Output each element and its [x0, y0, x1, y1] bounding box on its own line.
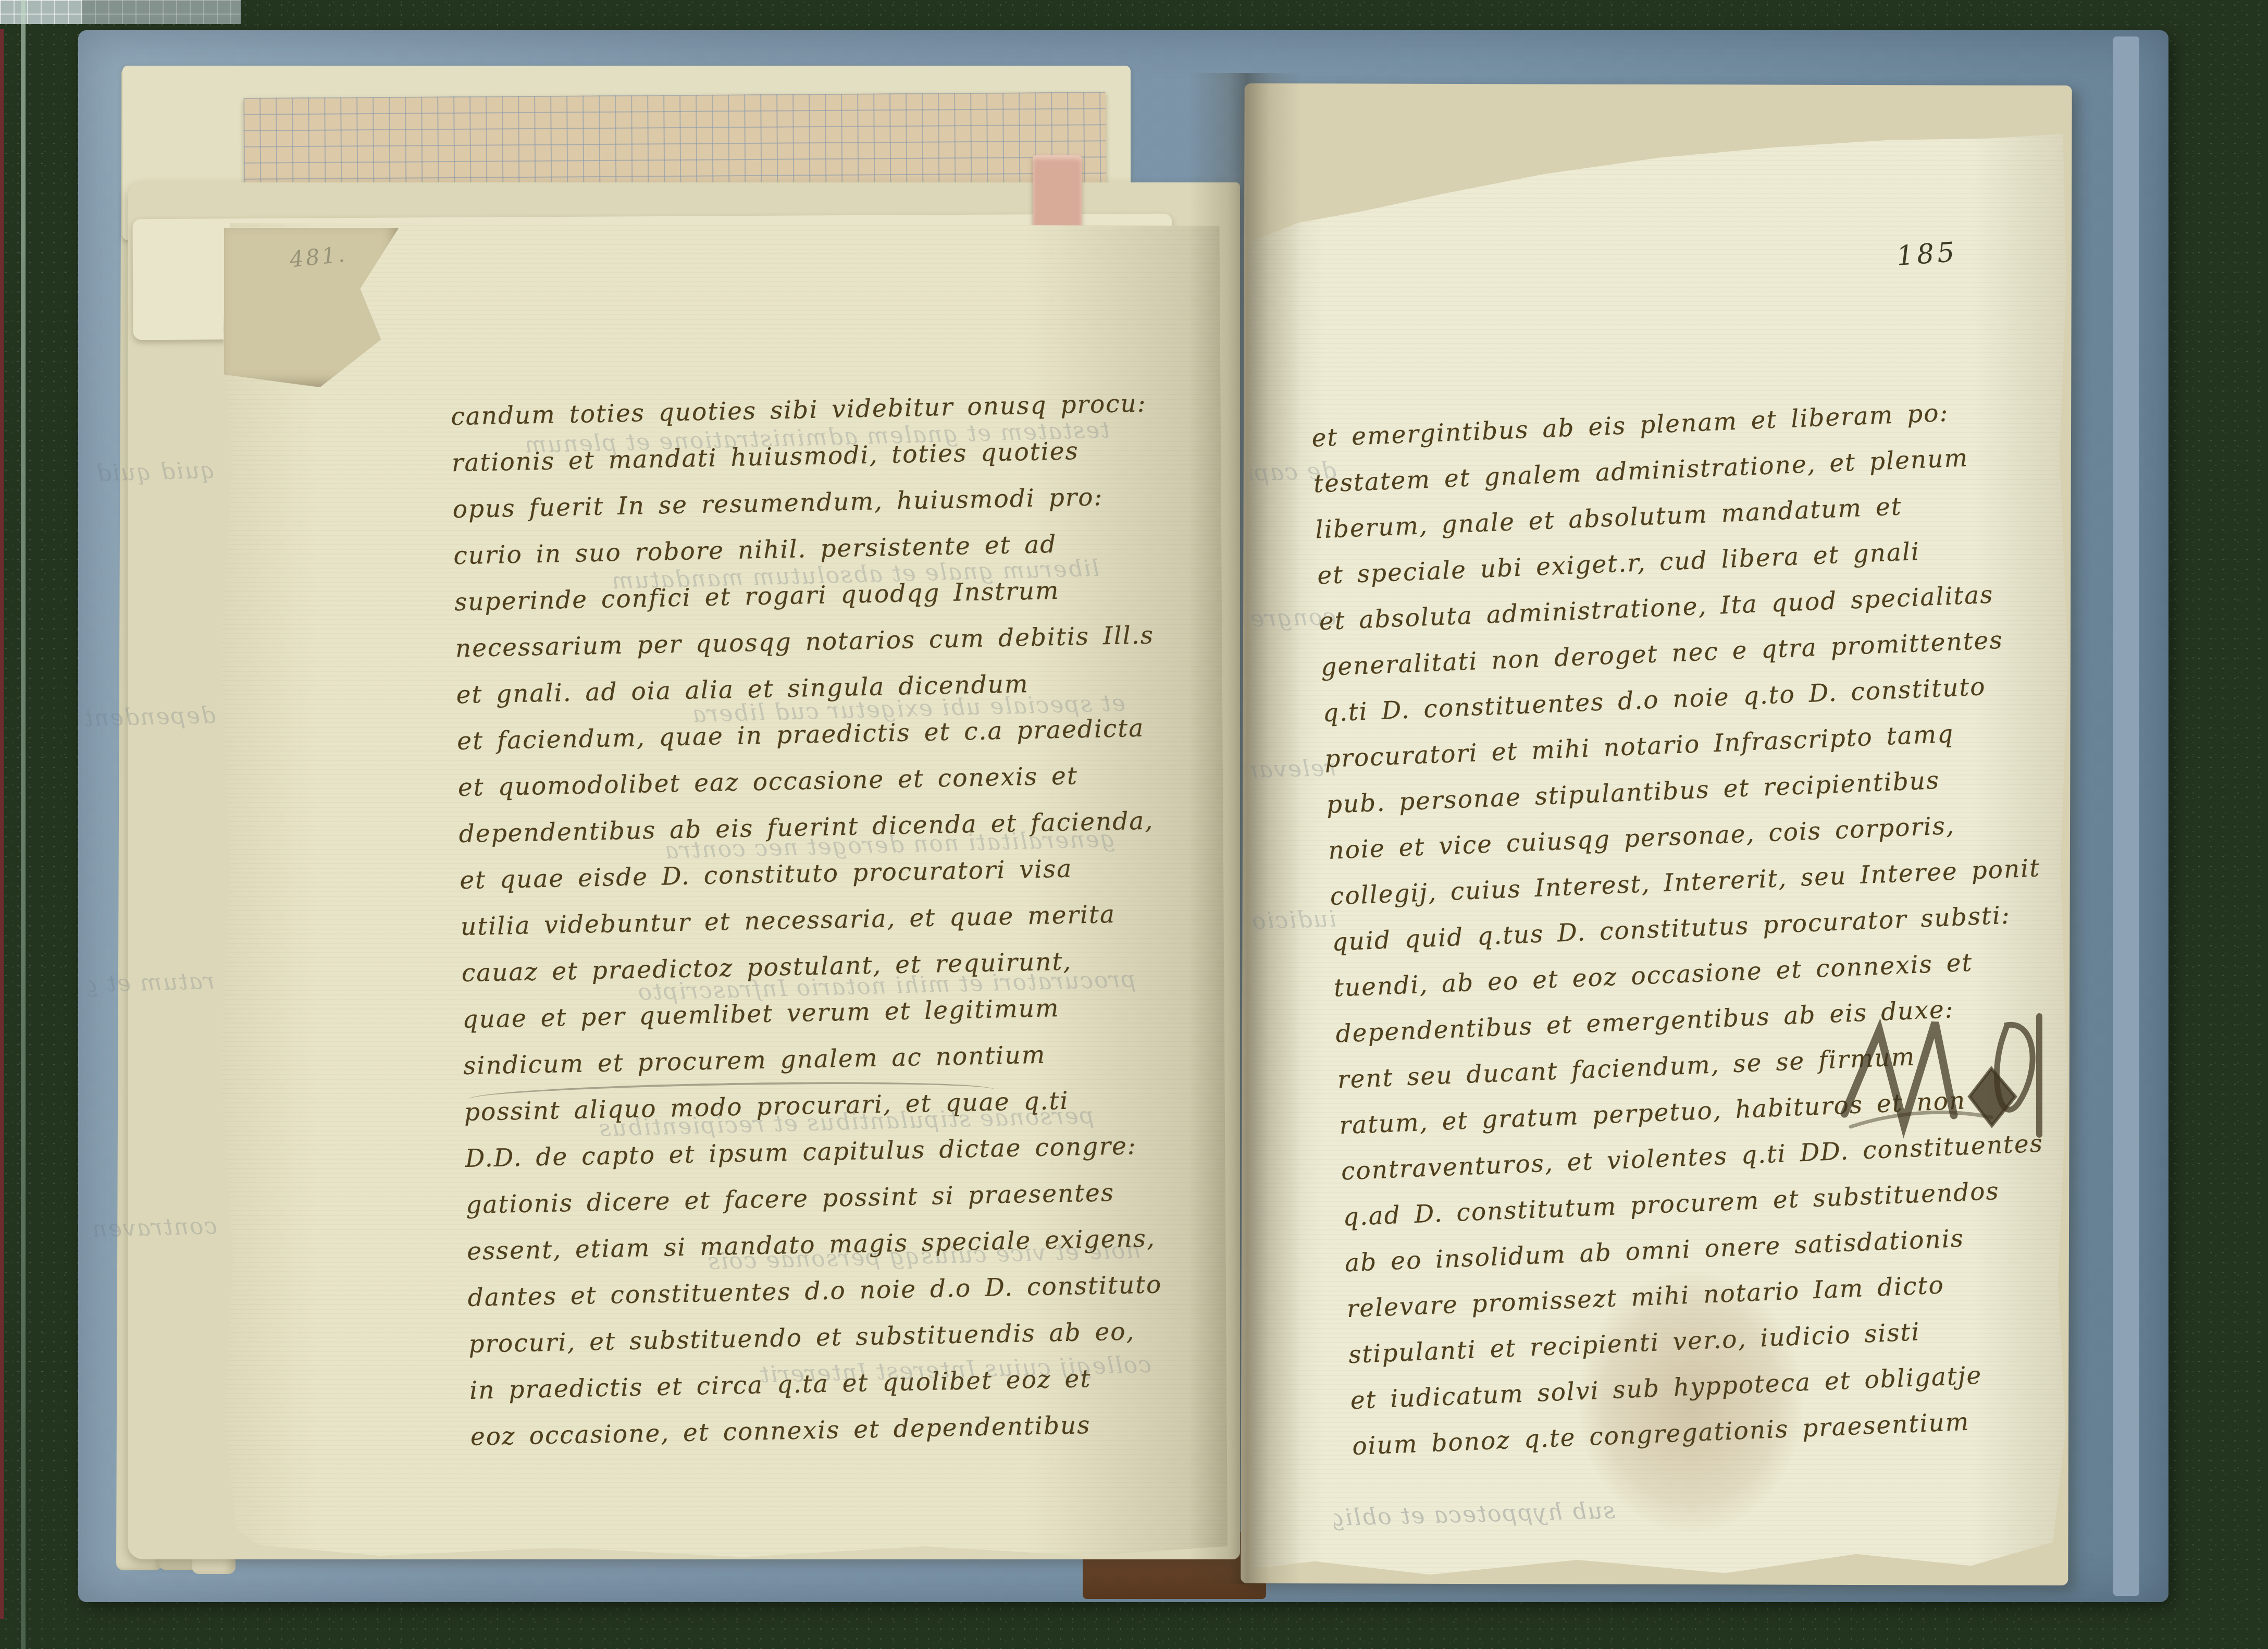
left-page-text: candum toties quoties sibi videbitur onu… — [450, 380, 1179, 1460]
color-calibration-strip — [0, 0, 241, 24]
right-page-text: et emergintibus ab eis plenam et liberam… — [1311, 388, 2051, 1470]
cloth-edge-highlight — [2113, 36, 2139, 1596]
bleed-through-text: ratum et gratum perpetuo habituros — [88, 968, 215, 998]
gutter-shadow — [1189, 73, 1301, 1584]
red-film-edge — [0, 29, 4, 1619]
notary-flourish-mark — [1835, 1002, 2049, 1174]
right-page-number: 185 — [1895, 237, 1959, 272]
glass-edge-left — [21, 0, 26, 1649]
bleed-through-text: quid quid constitutus procurator — [87, 457, 215, 487]
bleed-through-text: iudicio sisti et iudicatum solvi — [1250, 906, 1336, 934]
bleed-through-text: contraventuros et violentes constituente… — [91, 1213, 217, 1242]
bleed-through-text: relevare promiserunt mihi notario — [1250, 755, 1336, 783]
manuscript-photo: 481. 185 candum toties quoties sibi vide… — [0, 0, 2268, 1649]
bleed-through-text: dependentibus et emergentibus ab eis — [85, 702, 216, 732]
